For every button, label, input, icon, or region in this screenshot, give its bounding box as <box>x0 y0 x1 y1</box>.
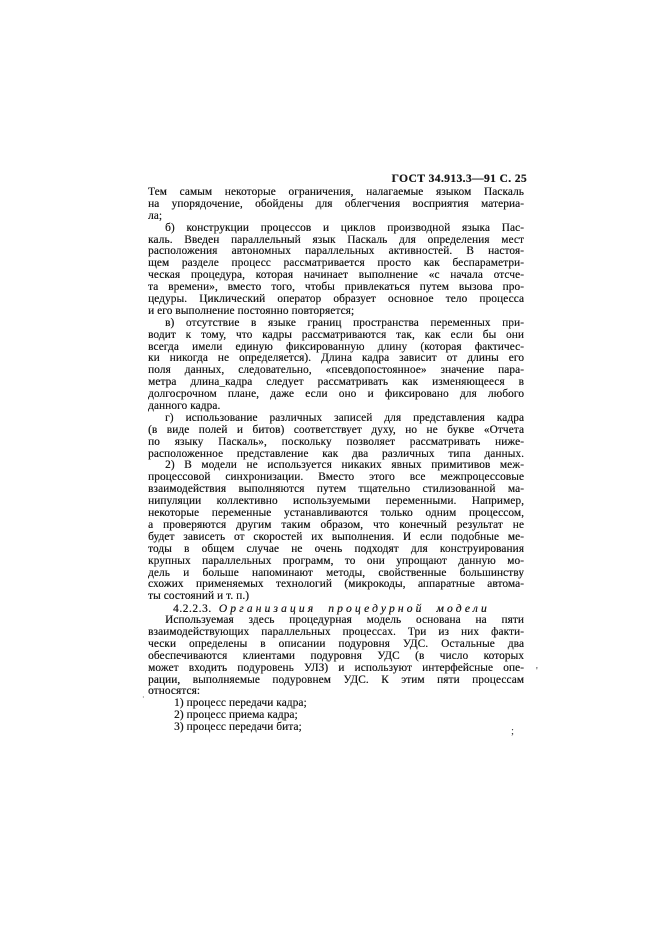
text-line: обеспечиваются клиентами подуровня УДС (… <box>148 651 524 663</box>
text-line: рации, выполняемые подуровнем УДС. К эти… <box>148 675 524 687</box>
text-line: в) отсутствие в языке границ пространств… <box>148 318 524 330</box>
text-line: чески определены в описании подуровня УД… <box>148 639 524 651</box>
text-line: тоды в общем случае не очень подходят дл… <box>148 544 524 556</box>
page-header: ГОСТ 34.913.3—91 С. 25 <box>0 173 527 185</box>
text-line: на упорядочение, обойдены для облегчения… <box>148 199 524 211</box>
scan-artifact-dot: · <box>142 693 145 703</box>
document-body: Тем самым некоторые ограничения, налагае… <box>148 187 524 734</box>
document-page: ГОСТ 34.913.3—91 С. 25 Тем самым некотор… <box>0 0 661 935</box>
scan-artifact-tick: ' <box>536 667 538 677</box>
text-line: 3) процесс передачи бита; <box>148 722 524 734</box>
text-line: водит к тому, что кадры рассматриваются … <box>148 330 524 342</box>
text-line: будет зависеть от скоростей их выполнени… <box>148 532 524 544</box>
text-line: по языку Паскаль», поскольку позволяет р… <box>148 437 524 449</box>
text-line: и его выполнение постоянно повторяется; <box>148 306 524 318</box>
text-line: (в виде полей и битов) соответствует дух… <box>148 425 524 437</box>
text-line: б) конструкции процессов и циклов произв… <box>148 223 524 235</box>
text-line: ла; <box>148 211 524 223</box>
text-line: крупных параллельных программ, то они уп… <box>148 556 524 568</box>
text-line: может входить подуровень УЛЗ) и использу… <box>148 663 524 675</box>
scan-artifact-semicolon: ; <box>511 726 514 736</box>
